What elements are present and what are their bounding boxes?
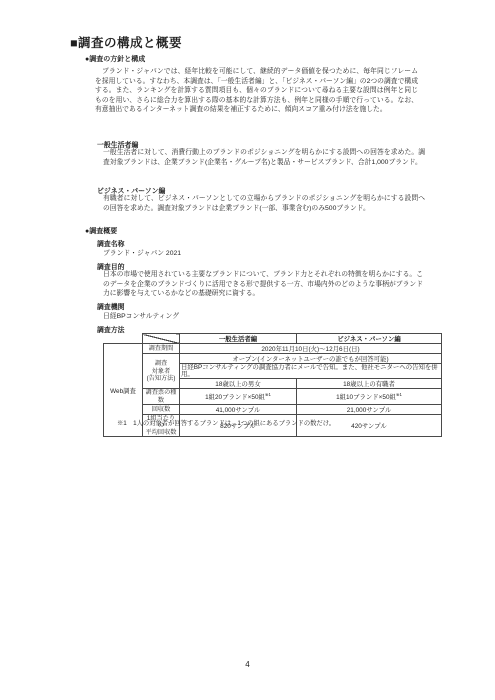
page-number: 4 — [0, 660, 495, 669]
survey-purpose-value: 日本の市場で使用されている主要なブランドについて、ブランド力とそれぞれの特徴を明… — [103, 270, 423, 299]
cell-sheets-business: 1組10ブランド×50組※1 — [297, 389, 442, 404]
row-label-target: 調査 対象者 (告知方法) — [143, 354, 180, 389]
consumer-paragraph: 一般生活者に対して、消費行動上のブランドのポジショニングを明らかにする設問への回… — [103, 148, 425, 167]
sheets-consumer-value: 1組20ブランド×50組 — [205, 394, 265, 401]
cell-target-consumer: 18歳以上の男女 — [180, 379, 297, 389]
column-header-business: ビジネス・パーソン編 — [297, 334, 442, 344]
document-page: ■調査の構成と概要 ●調査の方針と構成 ブランド・ジャパンでは、経年比較を可能に… — [0, 0, 495, 700]
footnote-ref-icon: ※1 — [396, 392, 402, 397]
cell-target-business: 18歳以上の有職者 — [297, 379, 442, 389]
row-label-sheets: 調査票の種数 — [143, 389, 180, 404]
footnote-ref-icon: ※1 — [265, 392, 271, 397]
business-paragraph: 有職者に対して、ビジネス・パーソンとしての立場からブランドのポジショニングを明ら… — [103, 194, 425, 213]
policy-paragraph: ブランド・ジャパンでは、経年比較を可能にして、継続的データ価値を保つために、毎年… — [95, 67, 418, 115]
sheets-business-value: 1組10ブランド×50組 — [336, 394, 396, 401]
survey-name-value: ブランド・ジャパン 2021 — [103, 247, 181, 257]
survey-agency-value: 日経BPコンサルティング — [103, 310, 179, 320]
page-title: ■調査の構成と概要 — [70, 33, 182, 51]
table-footnote: ※1 1人の対象者が回答するブランドは、1つの組にあるブランドの数だけ。 — [117, 418, 335, 427]
row-label-period: 調査期間 — [143, 344, 180, 354]
cell-collected-consumer: 41,000サンプル — [180, 404, 297, 414]
diagonal-header-cell — [143, 334, 180, 344]
table-corner-spacer — [104, 334, 143, 344]
cell-target-open: オープン(インターネットユーザーの誰でもが回答可能) — [180, 354, 442, 364]
cell-sheets-consumer: 1組20ブランド×50組※1 — [180, 389, 297, 404]
section-heading-policy: ●調査の方針と構成 — [85, 54, 145, 64]
cell-collected-business: 21,000サンプル — [297, 404, 442, 414]
row-label-collected: 回収数 — [143, 404, 180, 414]
cell-period-value: 2020年11月10日(火)～12月6日(日) — [180, 344, 442, 354]
column-header-consumer: 一般生活者編 — [180, 334, 297, 344]
section-heading-overview: ●調査概要 — [85, 226, 117, 236]
cell-target-notice: 日経BPコンサルティングの調査協力者にメールで告知。また、他社モニターへの告知を… — [180, 364, 442, 379]
